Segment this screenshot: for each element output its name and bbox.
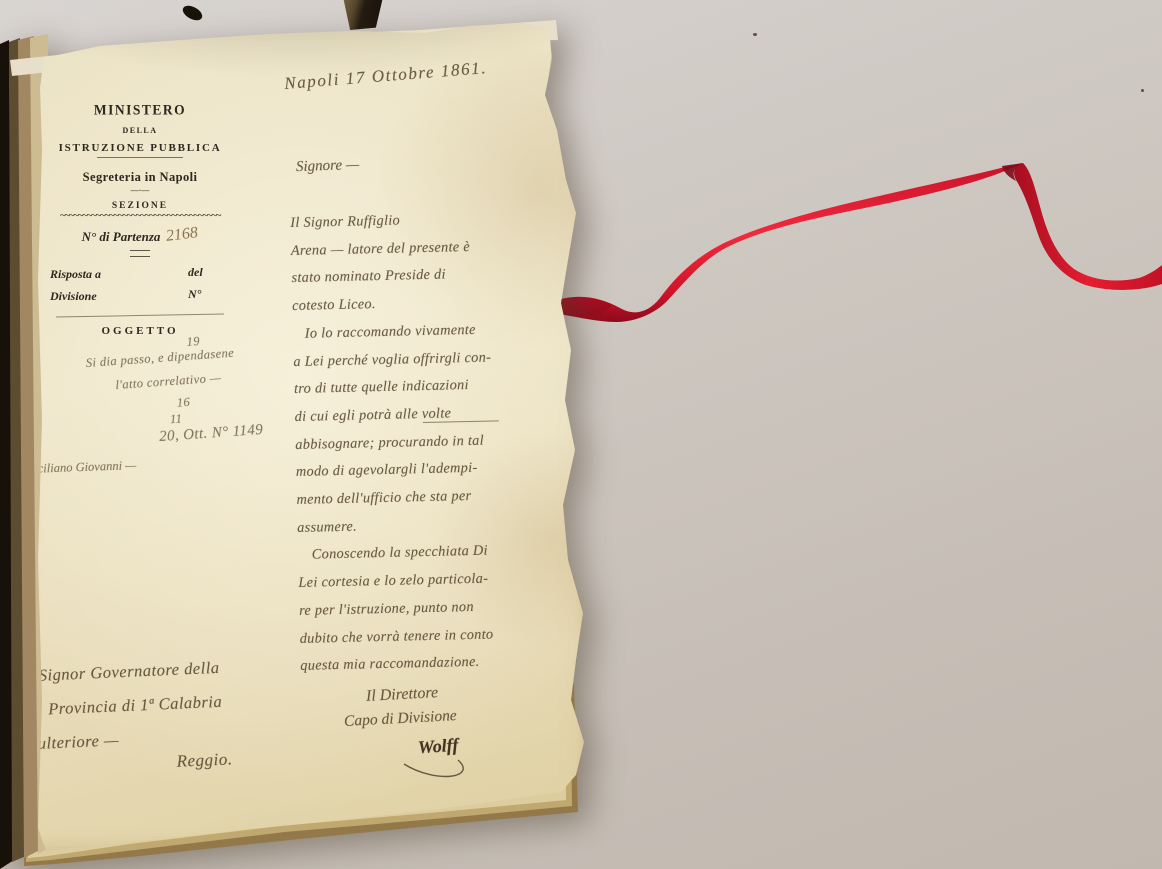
archive-photo-scene: MINISTERO DELLA ISTRUZIONE PUBBLICA Segr… [0, 0, 1162, 869]
letter-page: MINISTERO DELLA ISTRUZIONE PUBBLICA Segr… [0, 0, 600, 869]
zigzag-divider: ~~~~~~~~~~~~~~~~~~~~~~~~~~~~~~~~~~~~ [42, 210, 238, 225]
margin-note-line: 11 [169, 411, 182, 427]
address-line: Reggio. [176, 749, 233, 771]
closing-role-division: Capo di Divisione [344, 707, 458, 731]
salutation: Signore — [296, 157, 360, 176]
letterhead-istruzione: ISTRUZIONE PUBBLICA [42, 142, 238, 154]
document-stack: MINISTERO DELLA ISTRUZIONE PUBBLICA Segr… [0, 0, 1162, 869]
address-line: Provincia di 1ª Calabria [48, 692, 223, 720]
numero-label: N° [188, 287, 201, 302]
divisione-label: Divisione [50, 289, 97, 304]
letterhead-rule [56, 314, 224, 318]
letter-line: questa mia raccomandazione. [300, 647, 591, 681]
ornament-divider: —·— [42, 186, 238, 195]
partenza-label: N° di Partenza [82, 229, 161, 244]
margin-note-line: Si dia passo, e dipendasene [85, 346, 234, 371]
partenza-number: 2168 [165, 224, 199, 246]
margin-note-line: l'atto correlativo — [115, 371, 222, 393]
partenza-row: N° di Partenza2168 [42, 228, 238, 246]
address-line: Signor Governatore della [38, 658, 220, 686]
letter-body: Il Signor RuffiglioArena — latore del pr… [290, 203, 591, 680]
closing-role-director: Il Direttore [366, 684, 439, 706]
margin-note-line: 16 [176, 395, 190, 411]
double-rule [130, 250, 150, 257]
letter-body-lines: Il Signor RuffiglioArena — latore del pr… [290, 203, 591, 680]
signature: Wolff [417, 735, 459, 759]
signature-flourish [400, 756, 490, 784]
place-date-line: Napoli 17 Ottobre 1861. [284, 58, 488, 94]
address-line: ulteriore — [37, 730, 119, 754]
risposta-row: Risposta a del [42, 267, 238, 281]
letterhead-ministry: MINISTERO [42, 95, 238, 119]
recipient-address: Signor Governatore della Provincia di 1ª… [32, 644, 347, 787]
letterhead-rule [97, 157, 183, 158]
del-label: del [188, 265, 203, 280]
divisione-row: Divisione N° [42, 289, 238, 303]
letterhead: MINISTERO DELLA ISTRUZIONE PUBBLICA Segr… [42, 96, 238, 337]
clerk-name: Siciliano Giovanni — [28, 458, 137, 477]
risposta-label: Risposta a [50, 267, 101, 282]
letterhead-segreteria: Segreteria in Napoli [42, 170, 238, 185]
letterhead-della: DELLA [42, 126, 238, 135]
